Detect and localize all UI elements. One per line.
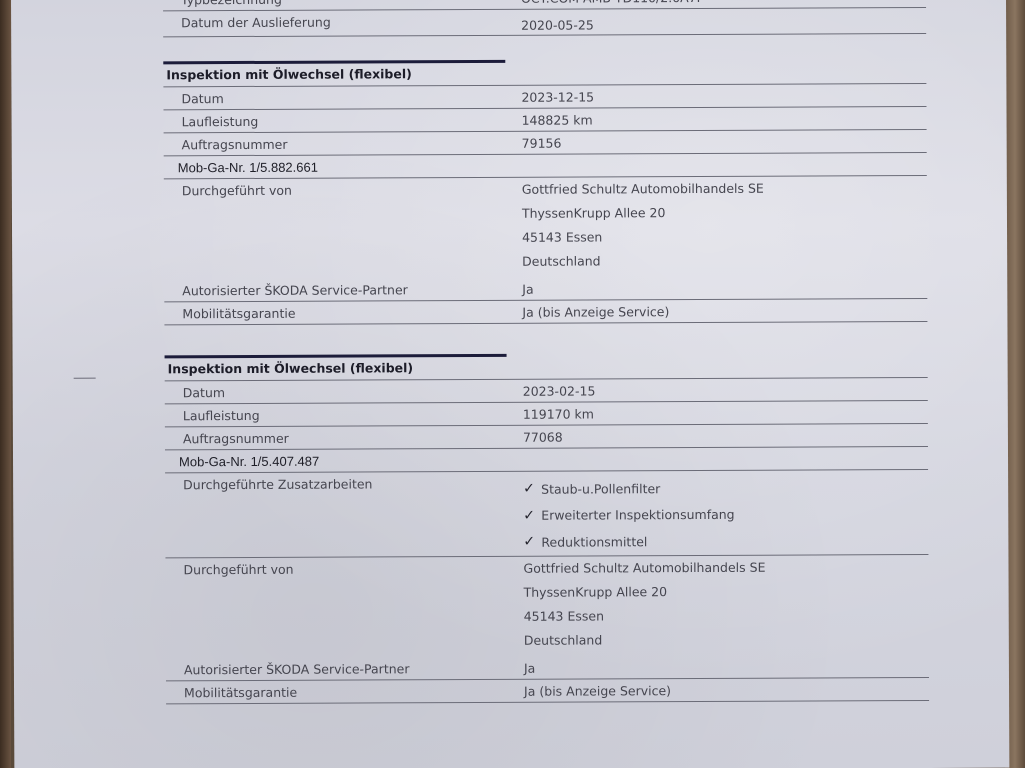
checkmark-icon: ✓: [523, 481, 541, 497]
address-line: 45143 Essen: [524, 607, 929, 633]
section-title: Inspektion mit Ölwechsel (flexibel): [165, 355, 928, 380]
label-service-partner: Autorisierter ŠKODA Service-Partner: [164, 282, 505, 298]
row-service-partner: Autorisierter ŠKODA Service-Partner Ja: [164, 276, 927, 302]
label-mobilitaetsgarantie: Mobilitätsgarantie: [164, 305, 505, 321]
row-mob-ga-nr: Mob-Ga-Nr. 1/5.882.661: [164, 153, 927, 179]
paper-sheet: Typbezeichnung OCT.COM AMB TD110/2.0A7F …: [11, 0, 1009, 768]
row-datum: Datum 2023-02-15: [165, 378, 928, 404]
label-auftragsnummer: Auftragsnummer: [164, 136, 505, 152]
label-datum: Datum: [163, 90, 504, 106]
label-laufleistung: Laufleistung: [164, 113, 505, 129]
value-auftragsnummer: 77068: [506, 428, 928, 445]
address-line: ThyssenKrupp Allee 20: [524, 583, 929, 609]
row-laufleistung: Laufleistung 148825 km: [164, 107, 927, 133]
row-laufleistung: Laufleistung 119170 km: [165, 401, 928, 427]
label-mobilitaetsgarantie: Mobilitätsgarantie: [166, 683, 507, 699]
row-service-partner: Autorisierter ŠKODA Service-Partner Ja: [166, 655, 929, 681]
table-surface-left: [0, 0, 11, 768]
value-laufleistung: 119170 km: [506, 405, 928, 422]
row-mobilitaetsgarantie: Mobilitätsgarantie Ja (bis Anzeige Servi…: [164, 299, 927, 325]
checkmark-icon: ✓: [523, 534, 541, 550]
zusatz-item: ✓ Staub-u.Pollenfilter: [523, 474, 928, 502]
value-typbezeichnung: OCT.COM AMB TD110/2.0A7F: [504, 0, 926, 6]
value-service-partner: Ja: [507, 659, 929, 676]
row-auslieferung: Datum der Auslieferung 2020-05-25: [163, 8, 926, 37]
label-datum: Datum: [165, 384, 506, 400]
value-mobilitaetsgarantie: Ja (bis Anzeige Service): [507, 682, 929, 699]
address-line: Gottfried Schultz Automobilhandels SE: [523, 559, 928, 585]
section-inspection-2: Inspektion mit Ölwechsel (flexibel): [165, 352, 928, 381]
address-line: Deutschland: [522, 252, 927, 278]
address-line: ThyssenKrupp Allee 20: [522, 204, 927, 230]
value-datum: 2023-02-15: [506, 382, 928, 399]
label-service-partner: Autorisierter ŠKODA Service-Partner: [166, 660, 507, 676]
zusatz-label: Staub-u.Pollenfilter: [541, 481, 660, 497]
value-service-partner: Ja: [505, 280, 927, 297]
label-zusatzarbeiten: Durchgeführte Zusatzarbeiten: [165, 476, 506, 492]
row-durchgefuehrt-von: Durchgeführt von Gottfried Schultz Autom…: [164, 176, 927, 279]
mob-ga-nr: Mob-Ga-Nr. 1/5.407.487: [165, 453, 506, 469]
value-datum: 2023-12-15: [504, 88, 926, 105]
value-laufleistung: 148825 km: [505, 111, 927, 128]
dealer-address: Gottfried Schultz Automobilhandels SE Th…: [505, 180, 927, 278]
address-line: 45143 Essen: [522, 228, 927, 254]
margin-mark: [74, 378, 96, 379]
value-mobilitaetsgarantie: Ja (bis Anzeige Service): [505, 303, 927, 320]
service-record: Typbezeichnung OCT.COM AMB TD110/2.0A7F …: [163, 0, 929, 704]
dealer-address: Gottfried Schultz Automobilhandels SE Th…: [506, 559, 928, 657]
row-mob-ga-nr: Mob-Ga-Nr. 1/5.407.487: [165, 447, 928, 473]
row-datum: Datum 2023-12-15: [163, 84, 926, 110]
row-zusatzarbeiten: Durchgeführte Zusatzarbeiten ✓ Staub-u.P…: [165, 470, 928, 558]
section-title: Inspektion mit Ölwechsel (flexibel): [163, 61, 926, 86]
label-auftragsnummer: Auftragsnummer: [165, 430, 506, 446]
value-auslieferung: 2020-05-25: [504, 12, 926, 33]
zusatz-label: Erweiterter Inspektionsumfang: [541, 507, 734, 523]
address-line: Gottfried Schultz Automobilhandels SE: [522, 180, 927, 206]
zusatz-item: ✓ Reduktionsmittel: [523, 527, 928, 555]
label-typbezeichnung: Typbezeichnung: [163, 0, 504, 7]
label-durchgefuehrt-von: Durchgeführt von: [165, 560, 506, 576]
label-laufleistung: Laufleistung: [165, 407, 506, 423]
value-auftragsnummer: 79156: [505, 134, 927, 151]
zusatzarbeiten-list: ✓ Staub-u.Pollenfilter ✓ Erweiterter Ins…: [506, 474, 928, 555]
label-auslieferung: Datum der Auslieferung: [163, 14, 504, 30]
label-durchgefuehrt-von: Durchgeführt von: [164, 182, 505, 198]
address-line: Deutschland: [524, 631, 929, 657]
row-mobilitaetsgarantie: Mobilitätsgarantie Ja (bis Anzeige Servi…: [166, 678, 929, 704]
section-inspection-1: Inspektion mit Ölwechsel (flexibel): [163, 58, 926, 87]
row-auftragsnummer: Auftragsnummer 79156: [164, 130, 927, 156]
row-auftragsnummer: Auftragsnummer 77068: [165, 424, 928, 450]
zusatz-label: Reduktionsmittel: [541, 534, 647, 549]
checkmark-icon: ✓: [523, 507, 541, 523]
mob-ga-nr: Mob-Ga-Nr. 1/5.882.661: [164, 159, 505, 175]
row-durchgefuehrt-von: Durchgeführt von Gottfried Schultz Autom…: [165, 555, 928, 658]
zusatz-item: ✓ Erweiterter Inspektionsumfang: [523, 501, 928, 529]
